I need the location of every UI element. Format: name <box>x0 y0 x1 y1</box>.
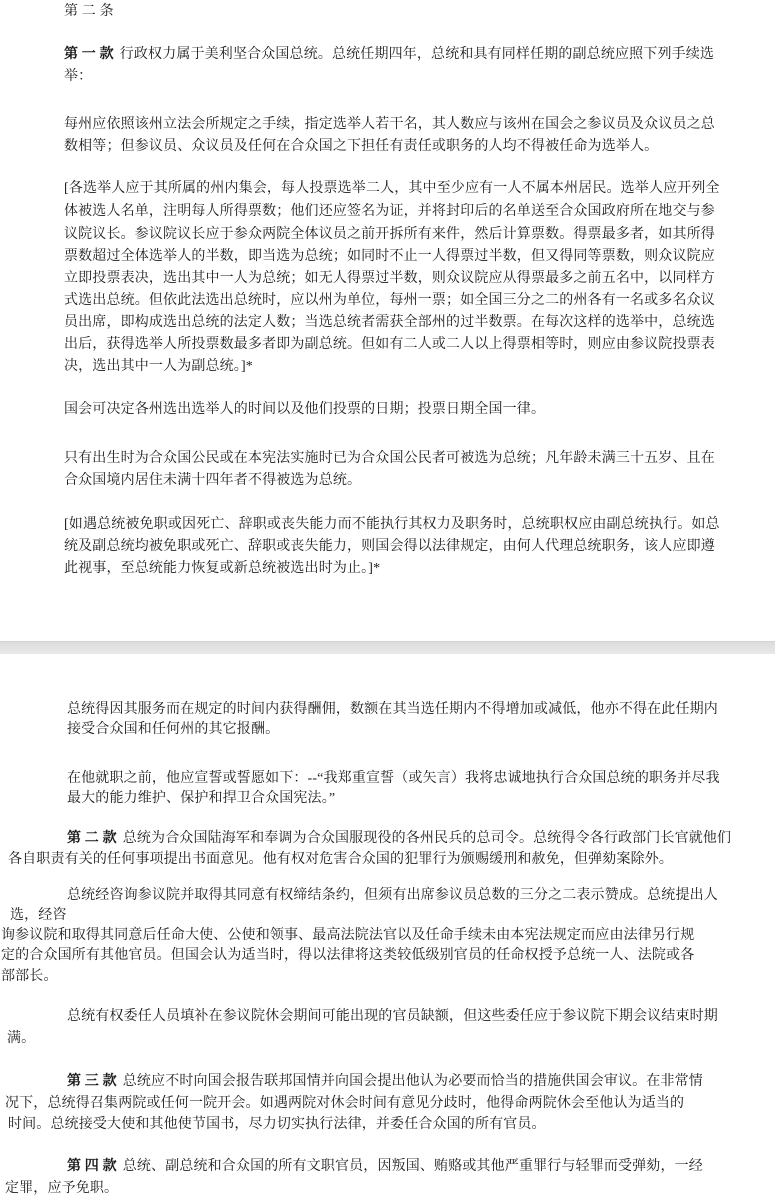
text-line: 体被选人名单，注明每人所得票数；他们还应签名为证，并将封印后的名单送至合众国政府… <box>64 201 715 223</box>
text-line: 总统得因其服务而在规定的时间内获得酬佣，数额在其当选任期内不得增加或减低，他亦不… <box>67 699 718 721</box>
text-line: 决，选出其中一人为副总统。]* <box>64 356 253 378</box>
text-line: 每州应依照该州立法会所规定之手续，指定选举人若干名，其人数应与该州在国会之参议员… <box>64 114 715 136</box>
text-line: 况下，总统得召集两院或任何一院开会。如遇两院对休会时间有意见分歧时，他得命两院休… <box>5 1093 684 1115</box>
text-line: [各选举人应于其所属的州内集会，每人投票选举二人，其中至少应有一人不属本州居民。… <box>64 178 720 200</box>
text-line: 定的合众国所有其他官员。但国会认为适当时，得以法律将这类较低级别官员的任命权授予… <box>1 945 694 967</box>
text-line: 统及副总统均被免职或死亡、辞职或丧失能力，则国会得以法律规定，由何人代理总统职务… <box>64 536 715 558</box>
section-2-line: 第 二 款总统为合众国陆海军和奉调为合众国服现役的各州民兵的总司令。总统得令各行… <box>67 828 731 850</box>
page-2: 总统得因其服务而在规定的时间内获得酬佣，数额在其当选任期内不得增加或减低，他亦不… <box>0 654 775 1200</box>
section-1-line: 第 一 款行政权力属于美利坚合众国总统。总统任期四年，总统和具有同样任期的副总统… <box>64 44 714 66</box>
text-line: 员出席，即构成选出总统的法定人数；当选总统者需获全部州的过半数票。在每次这样的选… <box>64 312 715 334</box>
section-4-line: 第 四 款总统、副总统和合众国的所有文职官员，因叛国、贿赂或其他严重罪行与轻罪而… <box>67 1156 703 1178</box>
text-line: 总统应不时向国会报告联邦国情并向国会提出他认为必要而恰当的措施供国会审议。在非常… <box>123 1074 703 1089</box>
text-line: 时间。总统接受大使和其他使节国书，尽力切实执行法律，并委任合众国的所有官员。 <box>8 1114 546 1136</box>
text-line: 最大的能力维护、保护和捍卫合众国宪法。” <box>67 788 335 810</box>
text-line: 行政权力属于美利坚合众国总统。总统任期四年，总统和具有同样任期的副总统应照下列手… <box>120 47 714 62</box>
text-line: 在他就职之前，他应宣誓或誓愿如下：--“我郑重宣誓（或矢言）我将忠诚地执行合众国… <box>67 768 720 790</box>
page-1: 第 二 条 第 一 款行政权力属于美利坚合众国总统。总统任期四年，总统和具有同样… <box>0 0 775 641</box>
text-line: 国会可决定各州选出选举人的时间以及他们投票的日期；投票日期全国一律。 <box>64 399 545 421</box>
text-line: 部部长。 <box>1 966 58 988</box>
text-line: 满。 <box>7 1028 35 1050</box>
text-line: 定罪，应予免职。 <box>5 1178 118 1200</box>
text-line: 立即投票表决，选出其中一人为总统；如无人得票过半数，则众议院应从得票最多之前五名… <box>64 268 715 290</box>
text-line: 总统经咨询参议院并取得其同意有权缔结条约，但须有出席参议员总数的三分之二表示赞成… <box>67 885 718 907</box>
section-2-label: 第 二 款 <box>67 831 117 846</box>
text-line: 只有出生时为合众国公民或在本宪法实施时已为合众国公民者可被选为总统；凡年龄未满三… <box>64 448 715 470</box>
section-3-label: 第 三 款 <box>67 1074 117 1089</box>
text-line: 各自职责有关的任何事项提出书面意见。他有权对危害合众国的犯罪行为颁赐缓刑和赦免，… <box>8 849 673 871</box>
text-line: 此视事，至总统能力恢复或新总统被选出时为止。]* <box>64 558 380 580</box>
text-line: 总统有权委任人员填补在参议院休会期间可能出现的官员缺额，但这些委任应于参议院下期… <box>67 1006 718 1028</box>
text-line: 选，经咨 <box>10 905 67 927</box>
text-line: 式选出总统。但依此法选出总统时，应以州为单位，每州一票；如全国三分之二的州各有一… <box>64 290 715 312</box>
text-line: 总统为合众国陆海军和奉调为合众国服现役的各州民兵的总司令。总统得令各行政部门长官… <box>123 831 731 846</box>
text-line: 合众国境内居住未满十四年者不得被选为总统。 <box>64 470 361 492</box>
text-line: 询参议院和取得其同意后任命大使、公使和领事、最高法院法官以及任命手续未由本宪法规… <box>1 925 694 947</box>
section-3-line: 第 三 款总统应不时向国会报告联邦国情并向国会提出他认为必要而恰当的措施供国会审… <box>67 1071 703 1093</box>
text-line: 数相等；但参议员、众议员及任何在合众国之下担任有责任或职务的人均不得被任命为选举… <box>64 136 658 158</box>
article-heading: 第 二 条 <box>64 1 114 23</box>
text-line: 票数超过全体选举人的半数，即当选为总统；如同时不止一人得票过半数，但又得同等票数… <box>64 246 715 268</box>
text-line: 接受合众国和任何州的其它报酬。 <box>67 719 279 741</box>
document-viewport: 第 二 条 第 一 款行政权力属于美利坚合众国总统。总统任期四年，总统和具有同样… <box>0 0 775 1200</box>
section-1-label: 第 一 款 <box>64 47 114 62</box>
text-line: 总统、副总统和合众国的所有文职官员，因叛国、贿赂或其他严重罪行与轻罪而受弹劾，一… <box>123 1159 703 1174</box>
section-4-label: 第 四 款 <box>67 1159 117 1174</box>
page-separator <box>0 641 775 654</box>
text-line: [如遇总统被免职或因死亡、辞职或丧失能力而不能执行其权力及职务时，总统职权应由副… <box>64 514 720 536</box>
text-line: 举： <box>64 66 92 88</box>
text-line: 议院议长。参议院议长应于参众两院全体议员之前开拆所有来件，然后计算票数。得票最多… <box>64 224 715 246</box>
text-line: 出后，获得选举人所投票数最多者即为副总统。但如有二人或二人以上得票相等时，则应由… <box>64 334 715 356</box>
